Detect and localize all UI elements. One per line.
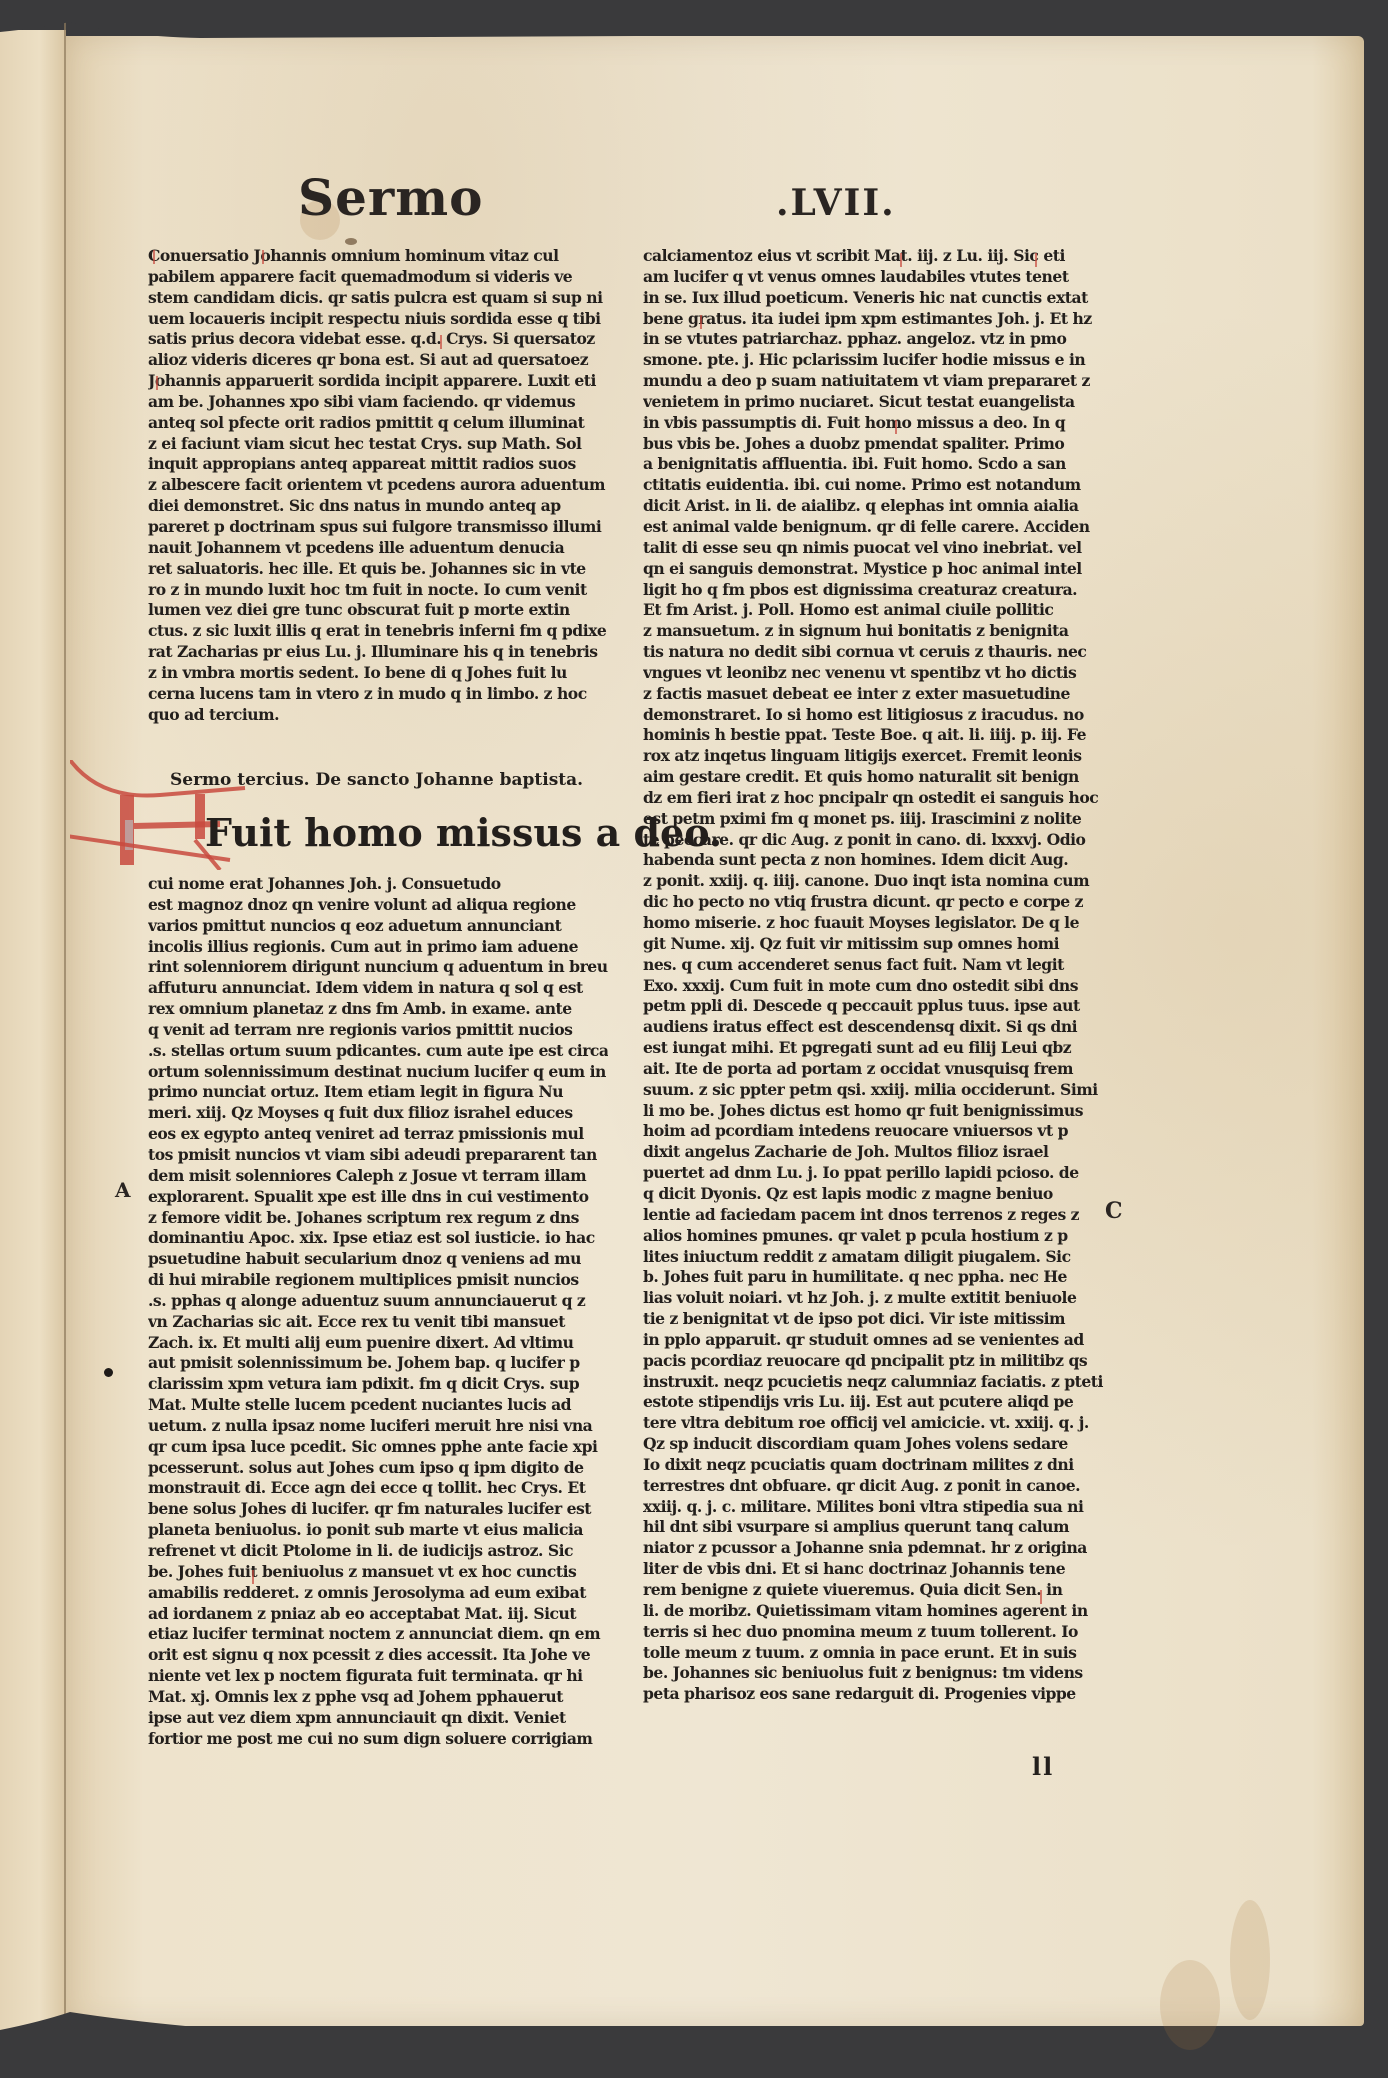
text-line: bene solus Johes di lucifer. qr fm natur… [148, 1499, 608, 1520]
marginal-letter-c: C [1105, 1198, 1123, 1224]
text-line: liter de vbis dni. Et si hanc doctrinaz … [643, 1559, 1121, 1580]
text-line: dz em fieri irat z hoc pncipalr qn osted… [643, 788, 1121, 809]
text-line: .s. stellas ortum suum pdicantes. cum au… [148, 1041, 608, 1062]
text-line: aim gestare credit. Et quis homo natural… [643, 767, 1121, 788]
text-line: b. Johes fuit paru in humilitate. q nec … [643, 1267, 1121, 1288]
text-line: explorarent. Spualit xpe est ille dns in… [148, 1187, 608, 1208]
right-column: calciamentoz eius vt scribit Mat. iij. z… [643, 246, 1121, 1705]
text-line: stem candidam dicis. qr satis pulcra est… [148, 288, 608, 309]
text-line: q dicit Dyonis. Qz est lapis modic z mag… [643, 1184, 1121, 1205]
text-line: ro z in mundo luxit hoc tm fuit in nocte… [148, 580, 608, 601]
text-line: Mat. xj. Omnis lex z pphe vsq ad Johem p… [148, 1687, 608, 1708]
text-line: git Nume. xij. Qz fuit vir mitissim sup … [643, 934, 1121, 955]
running-head-left-text: Sermo [298, 168, 484, 227]
text-line: ait. Ite de porta ad portam z occidat vn… [643, 1059, 1121, 1080]
text-line: in se. Iux illud poeticum. Veneris hic n… [643, 288, 1121, 309]
text-line: z ei faciunt viam sicut hec testat Crys.… [148, 434, 608, 455]
text-line: li mo be. Johes dictus est homo qr fuit … [643, 1101, 1121, 1122]
text-line: clarissim xpm vetura iam pdixit. fm q di… [148, 1374, 608, 1395]
text-line: nauit Johannem vt pcedens ille aduentum … [148, 538, 608, 559]
text-line: in pplo apparuit. qr studuit omnes ad se… [643, 1330, 1121, 1351]
text-line: lumen vez diei gre tunc obscurat fuit p … [148, 600, 608, 621]
insect-speck [345, 238, 357, 245]
rubric-stroke [895, 420, 897, 434]
text-line: z albescere facit orientem vt pcedens au… [148, 475, 608, 496]
rubric-stroke [1040, 1590, 1042, 1604]
text-line: dic ho pecto no vtiq frustra dicunt. qr … [643, 892, 1121, 913]
text-line: z femore vidit be. Johanes scriptum rex … [148, 1208, 608, 1229]
text-line: primo nunciat ortuz. Item etiam legit in… [148, 1082, 608, 1103]
text-line: q venit ad terram nre regionis varios pm… [148, 1020, 608, 1041]
top-page-edge [0, 0, 1388, 60]
text-line: rex omnium planetaz z dns fm Amb. in exa… [148, 999, 608, 1020]
text-line: refrenet vt dicit Ptolome in li. de iudi… [148, 1541, 608, 1562]
text-line: calciamentoz eius vt scribit Mat. iij. z… [643, 246, 1121, 267]
text-line: nes. q cum accenderet senus fact fuit. N… [643, 955, 1121, 976]
text-line: z factis masuet debeat ee inter z exter … [643, 684, 1121, 705]
text-line: peta pharisoz eos sane redarguit di. Pro… [643, 1684, 1121, 1705]
text-line: a benignitatis affluentia. ibi. Fuit hom… [643, 454, 1121, 475]
rubric-stroke [156, 376, 158, 390]
text-line: cerna lucens tam in vtero z in mudo q in… [148, 684, 608, 705]
text-line: planeta beniuolus. io ponit sub marte vt… [148, 1520, 608, 1541]
text-line: be. Johes fuit beniuolus z mansuet vt ex… [148, 1562, 608, 1583]
text-line: rat Zacharias pr eius Lu. j. Illuminare … [148, 642, 608, 663]
text-line: est magnoz dnoz qn venire volunt ad aliq… [148, 895, 608, 916]
text-line: alioz videris diceres qr bona est. Si au… [148, 350, 608, 371]
text-line: audiens iratus effect est descendensq di… [643, 1017, 1121, 1038]
rubric-stroke [1035, 253, 1037, 267]
text-line: dicit Arist. in li. de aialibz. q elepha… [643, 496, 1121, 517]
text-line: ortum solennissimum destinat nucium luci… [148, 1062, 608, 1083]
text-line: lias voluit noiari. vt hz Joh. j. z mult… [643, 1288, 1121, 1309]
text-line: meri. xiij. Qz Moyses q fuit dux filioz … [148, 1103, 608, 1124]
text-line: cui nome erat Johannes Joh. j. Consuetud… [148, 874, 608, 895]
text-line: est iungat mihi. Et pgregati sunt ad eu … [643, 1038, 1121, 1059]
text-line: pabilem apparere facit quemadmodum si vi… [148, 267, 608, 288]
text-line: hoim ad pcordiam intedens reuocare vniue… [643, 1121, 1121, 1142]
text-line: varios pmittut nuncios q eoz aduetum ann… [148, 916, 608, 937]
text-line: am lucifer q vt venus omnes laudabiles v… [643, 267, 1121, 288]
text-line: xxiij. q. j. c. militare. Milites boni v… [643, 1497, 1121, 1518]
text-line: estote stipendijs vris Lu. iij. Est aut … [643, 1392, 1121, 1413]
text-line: tie z benignitat vt de ipso pot dici. Vi… [643, 1309, 1121, 1330]
text-line: psuetudine habuit secularium dnoz q veni… [148, 1249, 608, 1270]
text-line: eos ex egypto anteq veniret ad terraz pm… [148, 1124, 608, 1145]
text-line: diei demonstret. Sic dns natus in mundo … [148, 496, 608, 517]
text-line: ligit ho q fm pbos est dignissima creatu… [643, 580, 1121, 601]
text-line: tis natura no dedit sibi cornua vt cerui… [643, 642, 1121, 663]
text-line: ret saluatoris. hec ille. Et quis be. Jo… [148, 559, 608, 580]
text-line: talit di esse seu qn nimis puocat vel vi… [643, 538, 1121, 559]
foxing-stain [1160, 1960, 1220, 2050]
text-line: inquit appropians anteq appareat mittit … [148, 454, 608, 475]
text-line: Johannis apparuerit sordida incipit appa… [148, 371, 608, 392]
folio-number-text: .LVII. [776, 182, 896, 224]
text-line: rox atz inqetus linguam litigijs exercet… [643, 746, 1121, 767]
text-line: hil dnt sibi vsurpare si amplius querunt… [643, 1517, 1121, 1538]
book-spread: Sermo .LVII. Conuersatio Johannis omnium… [0, 0, 1388, 2078]
text-line: amabilis redderet. z omnis Jerosolyma ad… [148, 1583, 608, 1604]
text-line: te peccare. qr dic Aug. z ponit in cano.… [643, 830, 1121, 851]
text-line: Qz sp inducit discordiam quam Johes vole… [643, 1434, 1121, 1455]
text-line: pacis pcordiaz reuocare qd pncipalit ptz… [643, 1351, 1121, 1372]
text-line: dominantiu Apoc. xix. Ipse etiaz est sol… [148, 1228, 608, 1249]
text-line: Io dixit neqz pcuciatis quam doctrinam m… [643, 1455, 1121, 1476]
text-line: lites iniuctum reddit z amatam diligit p… [643, 1247, 1121, 1268]
text-line: monstrauit di. Ecce agn dei ecce q tolli… [148, 1478, 608, 1499]
left-column-part-1: Conuersatio Johannis omnium hominum vita… [148, 246, 608, 725]
text-line: .s. pphas q alonge aduentuz suum annunci… [148, 1291, 608, 1312]
running-head-left: Sermo [298, 168, 484, 227]
text-line: etiaz lucifer terminat noctem z annuncia… [148, 1624, 608, 1645]
text-line: orit est signu q nox pcessit z dies acce… [148, 1645, 608, 1666]
rubric-stroke [900, 253, 902, 267]
text-line: Mat. Multe stelle lucem pcedent nuciante… [148, 1395, 608, 1416]
text-line: dem misit solenniores Caleph z Josue vt … [148, 1166, 608, 1187]
text-line: am be. Johannes xpo sibi viam faciendo. … [148, 392, 608, 413]
text-line: be. Johannes sic beniuolus fuit z benign… [643, 1663, 1121, 1684]
text-line: li. de moribz. Quietissimam vitam homine… [643, 1601, 1121, 1622]
text-line: mundu a deo p suam natiuitatem vt viam p… [643, 371, 1121, 392]
text-line: ad iordanem z pniaz ab eo acceptabat Mat… [148, 1604, 608, 1625]
text-line: anteq sol pfecte orit radios pmittit q c… [148, 413, 608, 434]
left-column-part-2: cui nome erat Johannes Joh. j. Consuetud… [148, 874, 608, 1749]
text-line: pcesserunt. solus aut Johes cum ipso q i… [148, 1458, 608, 1479]
text-line: est animal valde benignum. qr di felle c… [643, 517, 1121, 538]
text-line: uetum. z nulla ipsaz nome luciferi merui… [148, 1416, 608, 1437]
text-line: niator z pcussor a Johanne snia pdemnat.… [643, 1538, 1121, 1559]
rubric-stroke [440, 335, 442, 349]
text-line: bene gratus. ita iudei ipm xpm estimante… [643, 309, 1121, 330]
rubric-stroke [252, 1570, 254, 1584]
text-line: Exo. xxxij. Cum fuit in mote cum dno ost… [643, 976, 1121, 997]
text-line: qn ei sanguis demonstrat. Mystice p hoc … [643, 559, 1121, 580]
text-line: terris si hec duo pnomina meum z tuum to… [643, 1622, 1121, 1643]
text-line: rint solenniorem dirigunt nuncium q adue… [148, 957, 608, 978]
text-line: affuturu annunciat. Idem videm in natura… [148, 978, 608, 999]
text-line: quo ad tercium. [148, 705, 608, 726]
text-line: petm ppli di. Descede q peccauit pplus t… [643, 996, 1121, 1017]
text-line: lentie ad faciedam pacem int dnos terren… [643, 1205, 1121, 1226]
text-line: hominis h bestie ppat. Teste Boe. q ait.… [643, 725, 1121, 746]
text-line: ctus. z sic luxit illis q erat in tenebr… [148, 621, 608, 642]
foxing-stain [1230, 1900, 1270, 2020]
text-line: tolle meum z tuum. z omnia in pace erunt… [643, 1643, 1121, 1664]
text-line: pareret p doctrinam spus sui fulgore tra… [148, 517, 608, 538]
marginal-letter-a: A [115, 1178, 131, 1202]
rubric-stroke [153, 250, 155, 264]
text-line: aut pmisit solennissimum be. Johem bap. … [148, 1353, 608, 1374]
text-line: rem benigne z quiete viueremus. Quia dic… [643, 1580, 1121, 1601]
text-line: incolis illius regionis. Cum aut in prim… [148, 937, 608, 958]
text-line: Et fm Arist. j. Poll. Homo est animal ci… [643, 600, 1121, 621]
facing-page-edge [0, 30, 66, 2030]
text-line: venietem in primo nuciaret. Sicut testat… [643, 392, 1121, 413]
text-line: suum. z sic ppter petm qsi. xxiij. milia… [643, 1080, 1121, 1101]
text-line: est petm pximi fm q monet ps. iiij. Iras… [643, 809, 1121, 830]
text-line: uem locaueris incipit respectu niuis sor… [148, 309, 608, 330]
text-line: niente vet lex p noctem figurata fuit te… [148, 1666, 608, 1687]
signature-mark: ll [1032, 1752, 1054, 1781]
gutter-fold [64, 22, 66, 2062]
text-line: terrestres dnt obfuare. qr dicit Aug. z … [643, 1476, 1121, 1497]
text-line: tere vltra debitum roe officij vel amici… [643, 1413, 1121, 1434]
text-line: bus vbis be. Johes a duobz pmendat spali… [643, 434, 1121, 455]
text-line: z mansuetum. z in signum hui bonitatis z… [643, 621, 1121, 642]
text-line: in vbis passumptis di. Fuit homo missus … [643, 413, 1121, 434]
text-line: vn Zacharias sic ait. Ecce rex tu venit … [148, 1312, 608, 1333]
text-line: di hui mirabile regionem multiplices pmi… [148, 1270, 608, 1291]
text-line: Zach. ix. Et multi alij eum puenire dixe… [148, 1333, 608, 1354]
text-line: z in vmbra mortis sedent. Io bene di q J… [148, 663, 608, 684]
text-line: satis prius decora videbat esse. q.d. Cr… [148, 329, 608, 350]
text-line: demonstraret. Io si homo est litigiosus … [643, 705, 1121, 726]
text-line: fortior me post me cui no sum dign solue… [148, 1729, 608, 1750]
ink-dot [104, 1368, 113, 1377]
rubric-stroke [700, 315, 702, 329]
text-line: habenda sunt pecta z non homines. Idem d… [643, 850, 1121, 871]
text-line: tos pmisit nuncios vt viam sibi adeudi p… [148, 1145, 608, 1166]
rubric-stroke [262, 250, 264, 264]
text-line: z ponit. xxiij. q. iiij. canone. Duo inq… [643, 871, 1121, 892]
folio-number: .LVII. [776, 182, 896, 224]
text-line: puertet ad dnm Lu. j. Io ppat perillo la… [643, 1163, 1121, 1184]
text-line: ipse aut vez diem xpm annunciauit qn dix… [148, 1708, 608, 1729]
text-line: in se vtutes patriarchaz. pphaz. angeloz… [643, 329, 1121, 350]
text-line: dixit angelus Zacharie de Joh. Multos fi… [643, 1142, 1121, 1163]
text-line: alios homines pmunes. qr valet p pcula h… [643, 1226, 1121, 1247]
text-line: ctitatis euidentia. ibi. cui nome. Primo… [643, 475, 1121, 496]
text-line: Conuersatio Johannis omnium hominum vita… [148, 246, 608, 267]
text-line: vngues vt leonibz nec venenu vt spentibz… [643, 663, 1121, 684]
text-line: homo miserie. z hoc fuauit Moyses legisl… [643, 913, 1121, 934]
text-line: qr cum ipsa luce pcedit. Sic omnes pphe … [148, 1437, 608, 1458]
text-line: instruxit. neqz pcucietis neqz calumniaz… [643, 1372, 1121, 1393]
text-line: smone. pte. j. Hic pclarissim lucifer ho… [643, 350, 1121, 371]
